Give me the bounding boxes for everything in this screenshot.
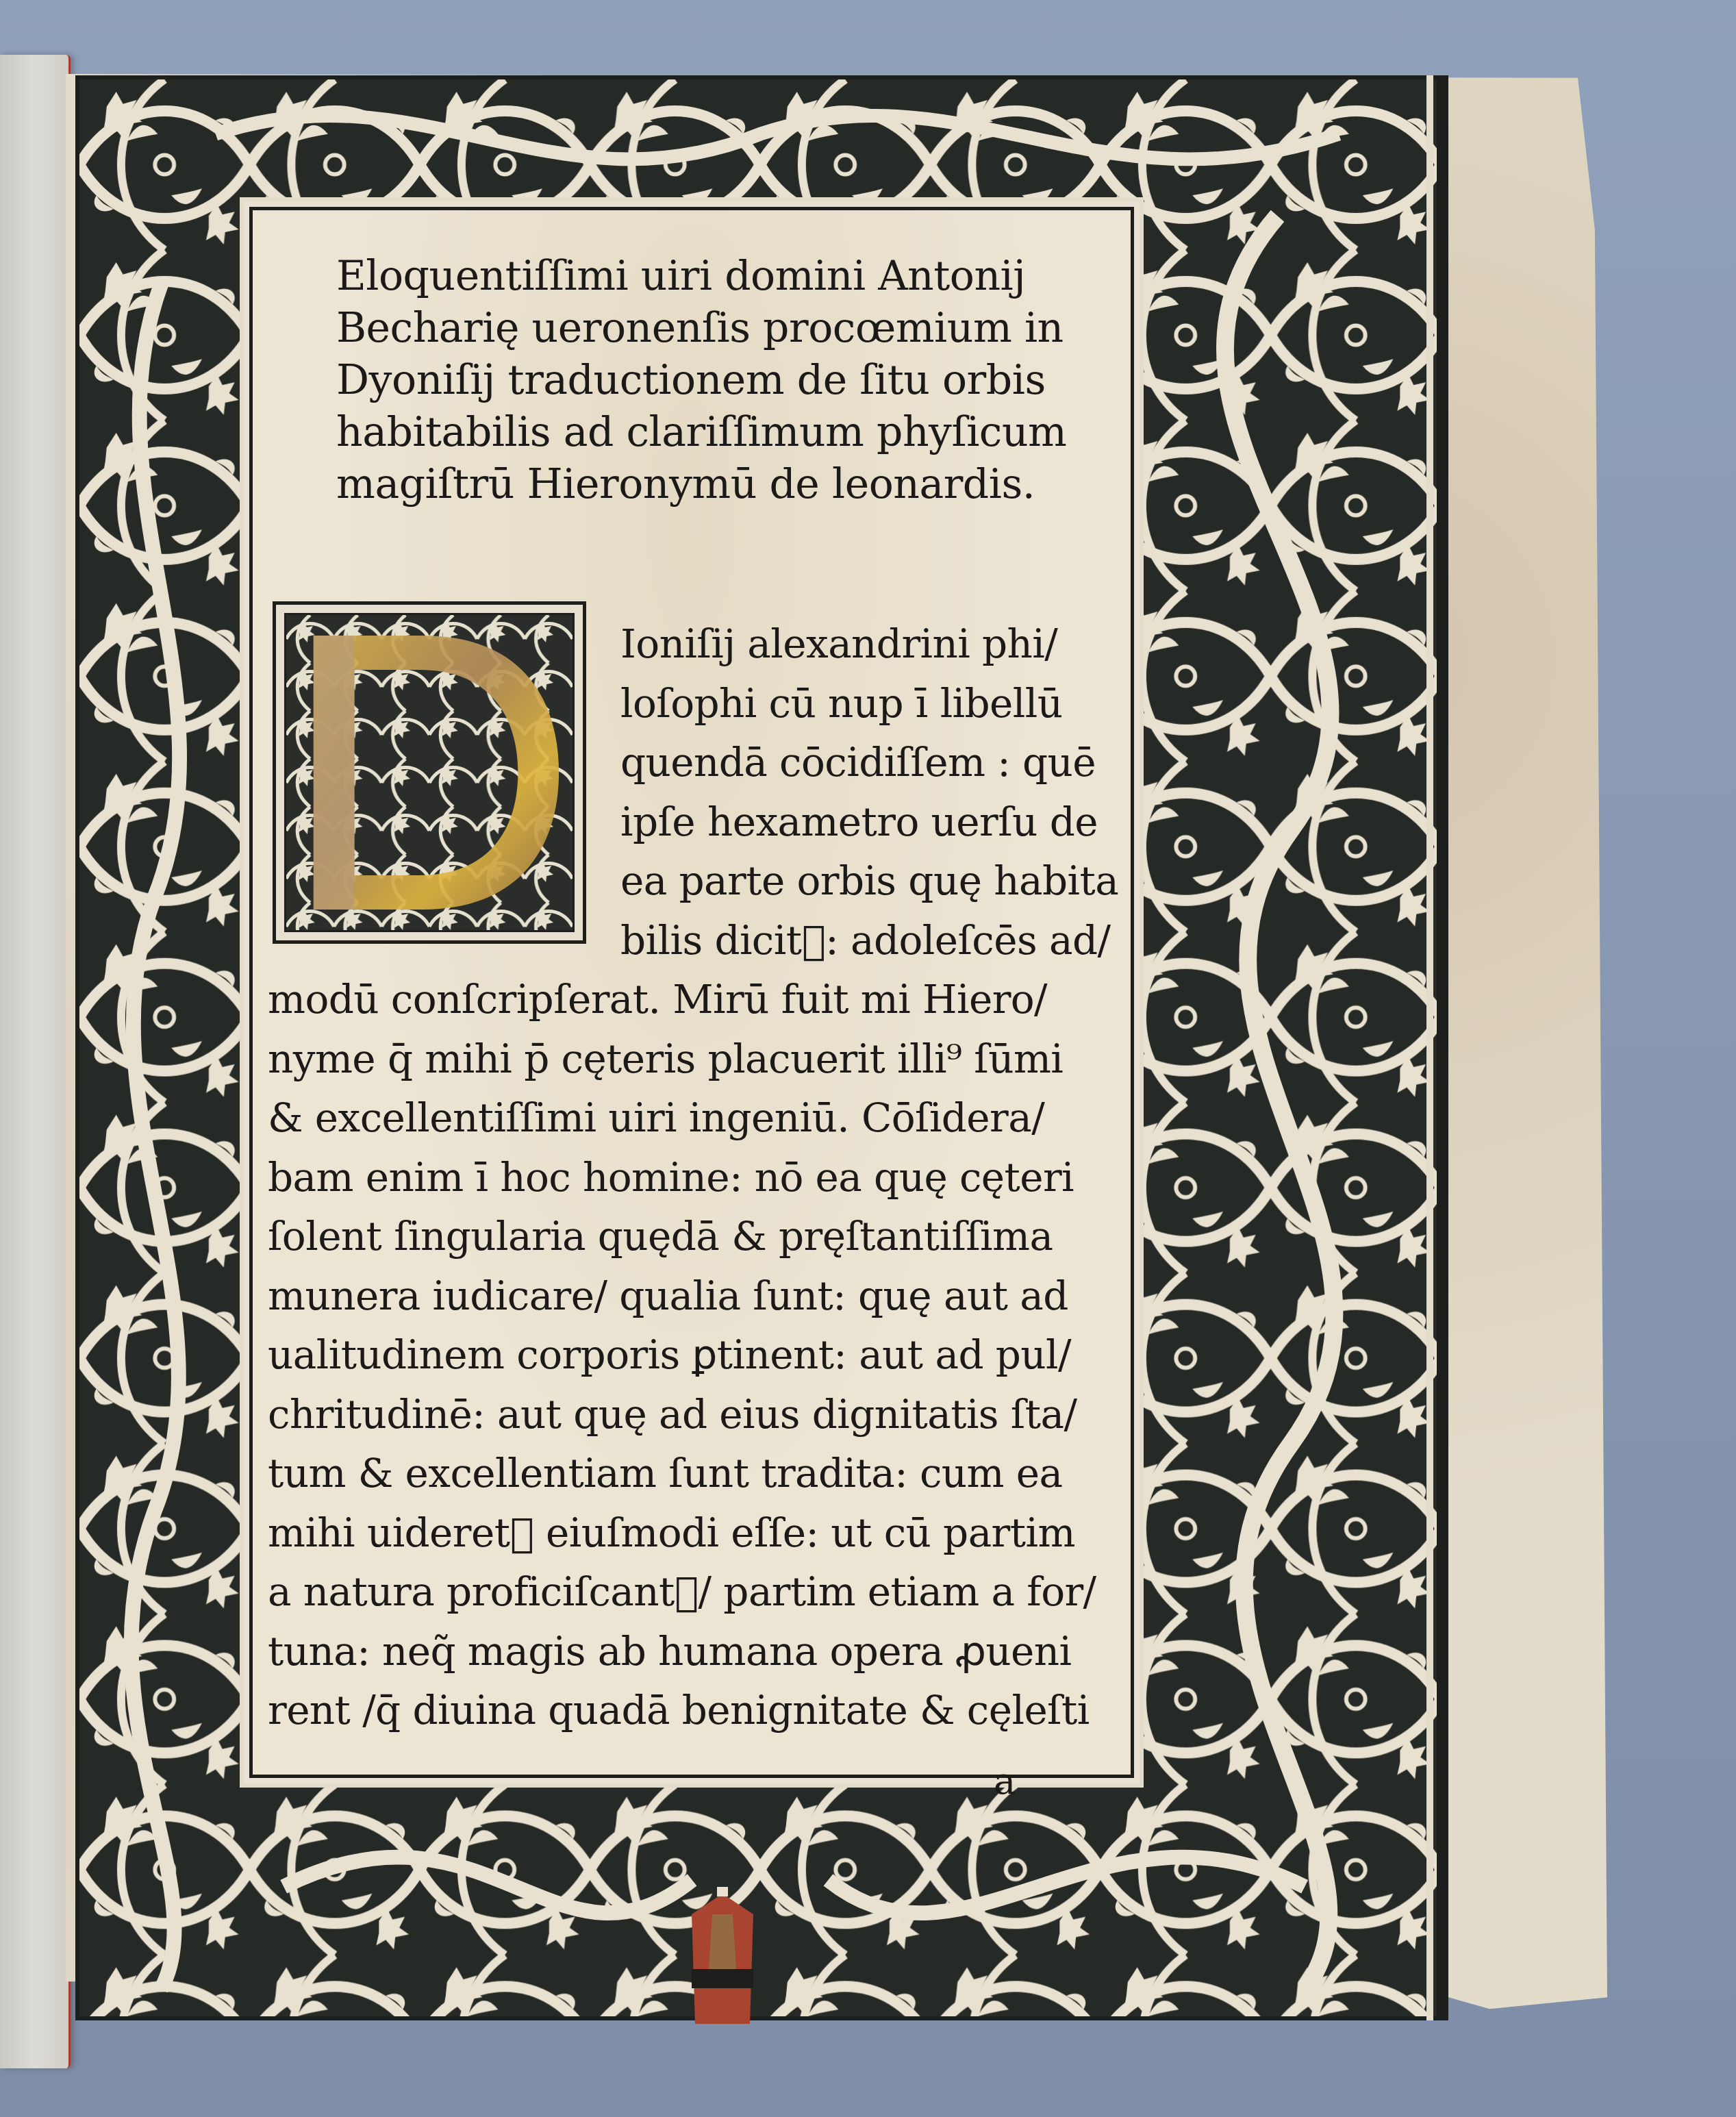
body-line: ualitudinem corporis ꝑtinent: aut ad pul… xyxy=(268,1325,1124,1385)
heading-line: Eloquentiſſimi uiri domini Antonij xyxy=(336,250,1090,302)
initial-woodcut-ground xyxy=(284,613,575,932)
body-line: ſolent ſingularia quędā & pręſtantiſſima xyxy=(268,1207,1124,1266)
signature-mark: a xyxy=(994,1759,1016,1803)
body-line: bam enim ī hoc homine: nō ea quę cęteri xyxy=(268,1148,1124,1207)
heraldic-shield-icon xyxy=(675,1887,770,2024)
illuminated-initial xyxy=(273,601,586,944)
body-line: mihi uideret᷑ eiuſmodi eſſe: ut cū parti… xyxy=(268,1503,1124,1563)
body-line: rent /q̄ diuina quadā benignitate & cęle… xyxy=(268,1681,1124,1740)
border-rule-outer xyxy=(1437,75,1445,2020)
heading-line: habitabilis ad clariſſimum phyſicum xyxy=(336,406,1090,458)
body-line: tum & excellentiam ſunt tradita: cum ea xyxy=(268,1444,1124,1503)
body-line: tuna: neq̃ magis ab humana opera ꝓueni xyxy=(268,1622,1124,1681)
body-line: a natura proficiſcant᷑/ partim etiam a f… xyxy=(268,1562,1124,1622)
heading: Eloquentiſſimi uiri domini Antonij Becha… xyxy=(336,250,1090,510)
heading-line: magiſtrū Hieronymū de leonardis. xyxy=(336,458,1090,510)
initial-d-icon xyxy=(286,615,573,930)
coat-of-arms xyxy=(675,1887,770,2024)
heading-line: Becharię ueronenſis procœmium in xyxy=(336,302,1090,354)
body-line: nyme q̄ mihi p̄ cęteris placuerit illi⁹ … xyxy=(268,1029,1124,1089)
body-line: & excellentiſſimi uiri ingeniū. Cōſidera… xyxy=(268,1088,1124,1148)
border-rule-inner xyxy=(1426,75,1433,2020)
body-line: munera iudicare/ qualia ſunt: quę aut ad xyxy=(268,1266,1124,1326)
text-frame: Eloquentiſſimi uiri domini Antonij Becha… xyxy=(249,207,1134,1778)
body-line: modū conſcripſerat. Mirū fuit mi Hiero/ xyxy=(268,970,1124,1029)
body-line: chritudinē: aut quę ad eius dignitatis ſ… xyxy=(268,1385,1124,1444)
text-panel: Eloquentiſſimi uiri domini Antonij Becha… xyxy=(240,197,1144,1788)
heading-line: Dyoniſij traductionem de ſitu orbis xyxy=(336,354,1090,406)
verso-page-edge xyxy=(0,55,71,2068)
